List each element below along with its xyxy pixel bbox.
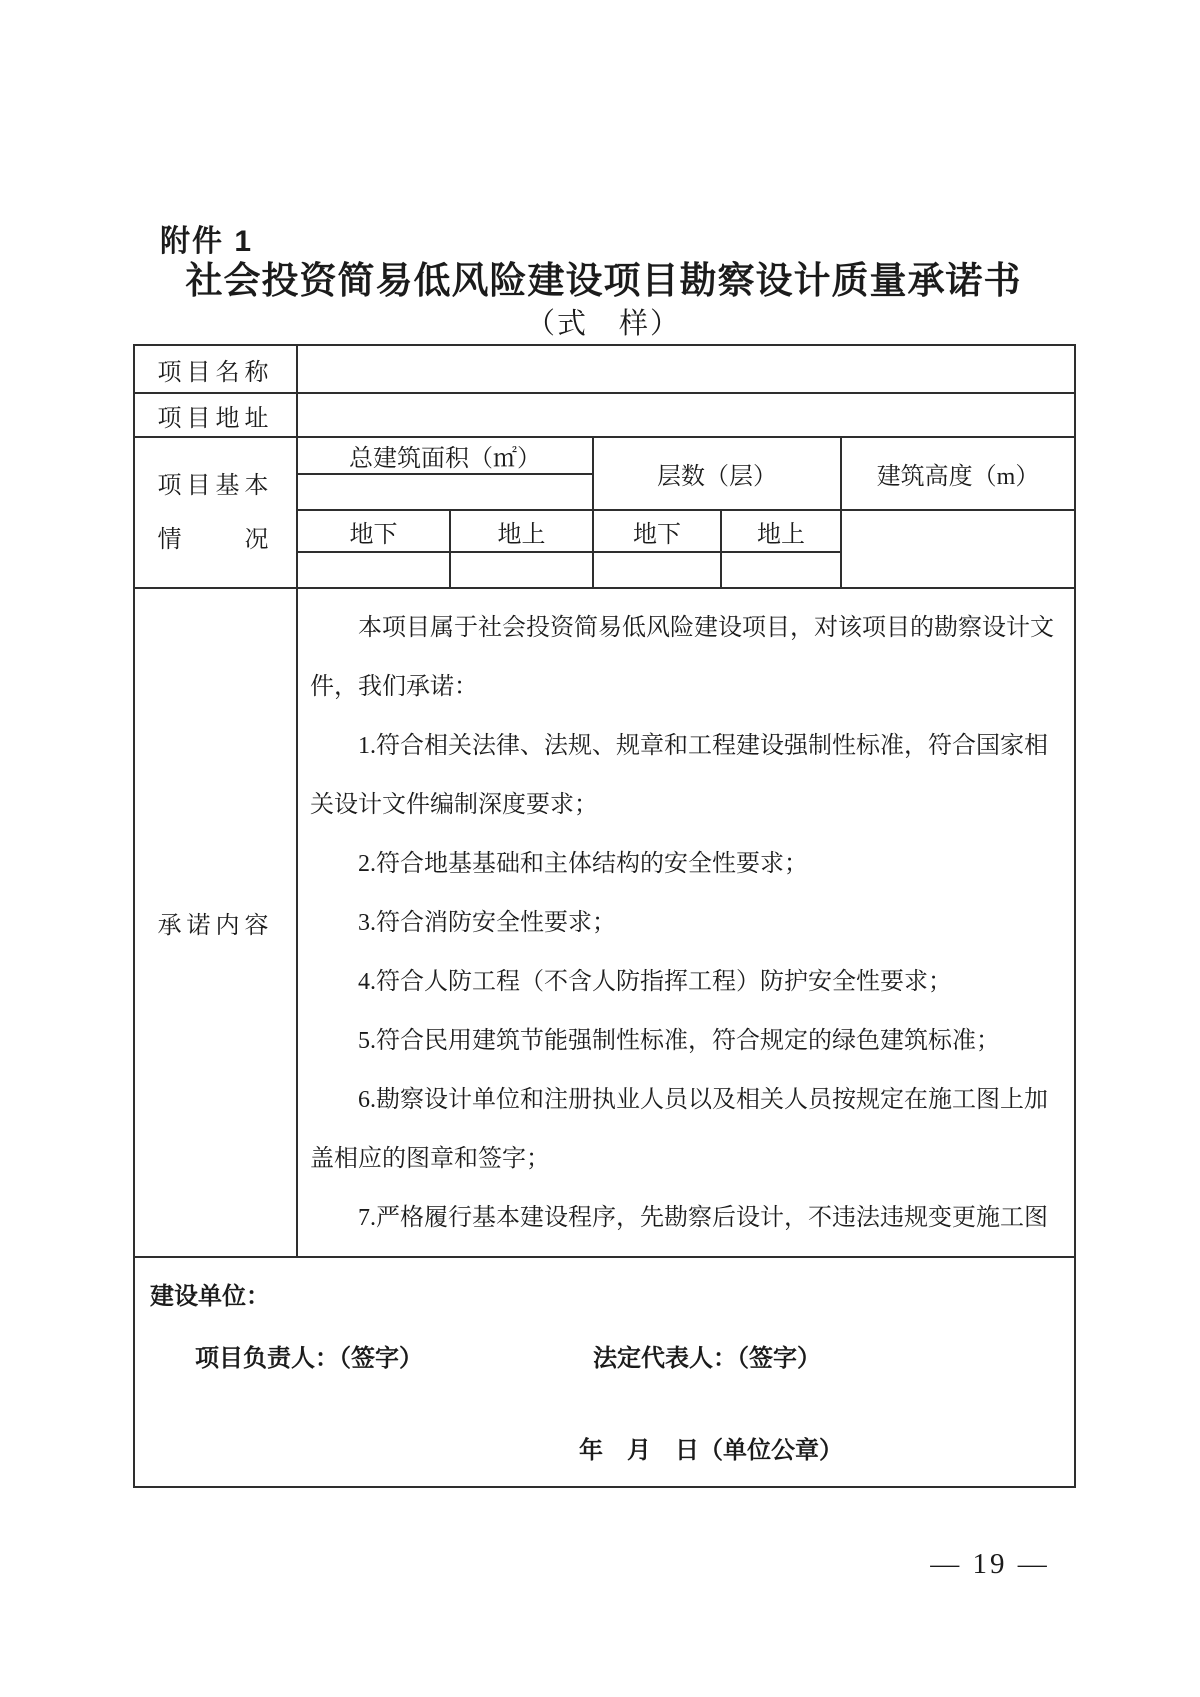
promise-line: 2.符合地基基础和主体结构的安全性要求； — [310, 835, 1064, 894]
document-subtitle: （式 样） — [133, 301, 1074, 342]
project-address-row: 项目地址 — [134, 393, 1075, 437]
promise-line: 6.勘察设计单位和注册执业人员以及相关人员按规定在施工图上加 — [310, 1071, 1064, 1130]
project-name-label: 项目名称 — [134, 345, 297, 393]
promise-line: 7.严格履行基本建设程序，先勘察后设计，不违法违规变更施工图 — [310, 1189, 1064, 1248]
promise-label: 承诺内容 — [134, 588, 297, 1257]
legal-representative-label: 法定代表人：（签字） — [593, 1338, 821, 1373]
basic-info-label-line1: 项目基本 — [135, 459, 296, 513]
total-area-gap-cell — [297, 474, 593, 510]
project-address-value-cell — [297, 393, 1075, 437]
construction-unit-label: 建设单位： — [150, 1276, 270, 1311]
project-name-row: 项目名称 — [134, 345, 1075, 393]
floors-below-ground-label: 地下 — [593, 510, 721, 552]
project-address-label: 项目地址 — [134, 393, 297, 437]
project-name-value-cell — [297, 345, 1075, 393]
promise-row: 承诺内容 本项目属于社会投资简易低风险建设项目，对该项目的勘察设计文 件，我们承… — [134, 588, 1075, 1257]
commitment-form-table: 项目名称 项目地址 项目基本 情 况 总建筑面积（㎡） 层数（层） 建筑高度（m… — [133, 344, 1076, 1488]
area-below-ground-label: 地下 — [297, 510, 450, 552]
building-height-value-cell — [841, 510, 1075, 588]
building-height-header: 建筑高度（m） — [841, 437, 1075, 510]
promise-line: 3.符合消防安全性要求； — [310, 894, 1064, 953]
document-title: 社会投资简易低风险建设项目勘察设计质量承诺书 — [133, 250, 1074, 304]
basic-info-label-line2: 情 况 — [135, 513, 296, 567]
promise-line: 4.符合人防工程（不含人防指挥工程）防护安全性要求； — [310, 953, 1064, 1012]
floors-above-ground-value-cell — [721, 552, 841, 588]
date-and-seal-label: 年 月 日（单位公章） — [579, 1430, 843, 1465]
project-leader-label: 项目负责人：（签字） — [195, 1338, 423, 1373]
promise-content-cell: 本项目属于社会投资简易低风险建设项目，对该项目的勘察设计文 件，我们承诺： 1.… — [297, 588, 1075, 1257]
signature-cell: 建设单位： 项目负责人：（签字） 法定代表人：（签字） 年 月 日（单位公章） — [134, 1257, 1075, 1487]
area-above-ground-label: 地上 — [450, 510, 593, 552]
signature-row: 建设单位： 项目负责人：（签字） 法定代表人：（签字） 年 月 日（单位公章） — [134, 1257, 1075, 1487]
total-area-header: 总建筑面积（㎡） — [297, 437, 593, 474]
area-below-ground-value-cell — [297, 552, 450, 588]
promise-line: 5.符合民用建筑节能强制性标准，符合规定的绿色建筑标准； — [310, 1012, 1064, 1071]
promise-line: 关设计文件编制深度要求； — [310, 776, 1064, 835]
basic-info-header-row: 项目基本 情 况 总建筑面积（㎡） 层数（层） 建筑高度（m） — [134, 437, 1075, 474]
promise-text: 本项目属于社会投资简易低风险建设项目，对该项目的勘察设计文 件，我们承诺： 1.… — [298, 597, 1074, 1248]
area-above-ground-value-cell — [450, 552, 593, 588]
promise-line: 盖相应的图章和签字； — [310, 1130, 1064, 1189]
scanned-document-page: 附件 1 社会投资简易低风险建设项目勘察设计质量承诺书 （式 样） 项目名称 项… — [0, 0, 1200, 1697]
promise-line: 件，我们承诺： — [310, 658, 1064, 717]
promise-line: 本项目属于社会投资简易低风险建设项目，对该项目的勘察设计文 — [310, 599, 1064, 658]
floors-below-ground-value-cell — [593, 552, 721, 588]
page-number: — 19 — — [870, 1548, 1110, 1581]
floors-above-ground-label: 地上 — [721, 510, 841, 552]
basic-info-label: 项目基本 情 况 — [134, 437, 297, 588]
floors-header: 层数（层） — [593, 437, 841, 510]
promise-line: 1.符合相关法律、法规、规章和工程建设强制性标准，符合国家相 — [310, 717, 1064, 776]
